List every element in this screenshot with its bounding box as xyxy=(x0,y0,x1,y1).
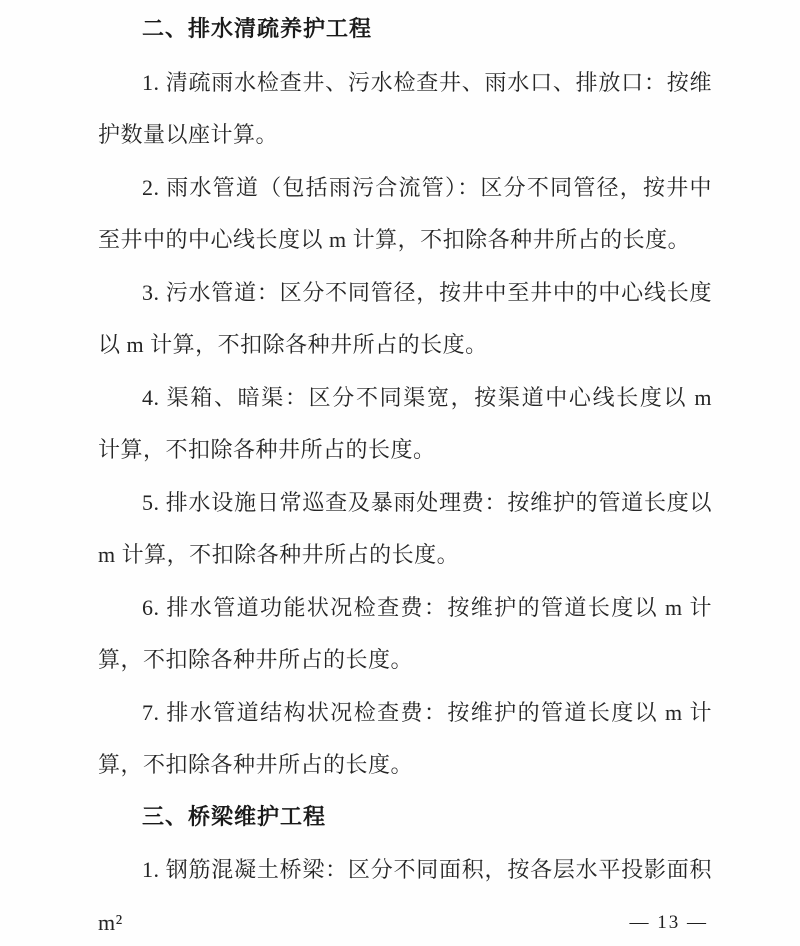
paragraph-drainage-7: 7. 排水管道结构状况检查费：按维护的管道长度以 m 计算，不扣除各种井所占的长… xyxy=(98,687,712,792)
section-heading-bridge-maintenance: 三、桥梁维护工程 xyxy=(98,792,712,845)
paragraph-drainage-3: 3. 污水管道：区分不同管径，按井中至井中的中心线长度以 m 计算，不扣除各种井… xyxy=(98,267,712,372)
page-number-label: — 13 — xyxy=(630,912,709,933)
paragraph-drainage-1: 1. 清疏雨水检查井、污水检查井、雨水口、排放口：按维护数量以座计算。 xyxy=(98,57,712,162)
paragraph-drainage-2: 2. 雨水管道（包括雨污合流管）：区分不同管径，按井中至井中的中心线长度以 m … xyxy=(98,162,712,267)
paragraph-drainage-5: 5. 排水设施日常巡查及暴雨处理费：按维护的管道长度以 m 计算，不扣除各种井所… xyxy=(98,477,712,582)
section-heading-drainage-cleaning: 二、排水清疏养护工程 xyxy=(98,4,712,57)
document-page: 二、排水清疏养护工程 1. 清疏雨水检查井、污水检查井、雨水口、排放口：按维护数… xyxy=(0,0,800,946)
paragraph-bridge-1: 1. 钢筋混凝土桥梁：区分不同面积，按各层水平投影面积 m² xyxy=(98,844,712,946)
paragraph-drainage-6: 6. 排水管道功能状况检查费：按维护的管道长度以 m 计算，不扣除各种井所占的长… xyxy=(98,582,712,687)
paragraph-drainage-4: 4. 渠箱、暗渠：区分不同渠宽，按渠道中心线长度以 m 计算，不扣除各种井所占的… xyxy=(98,372,712,477)
page-number: — 13 — xyxy=(630,912,709,934)
